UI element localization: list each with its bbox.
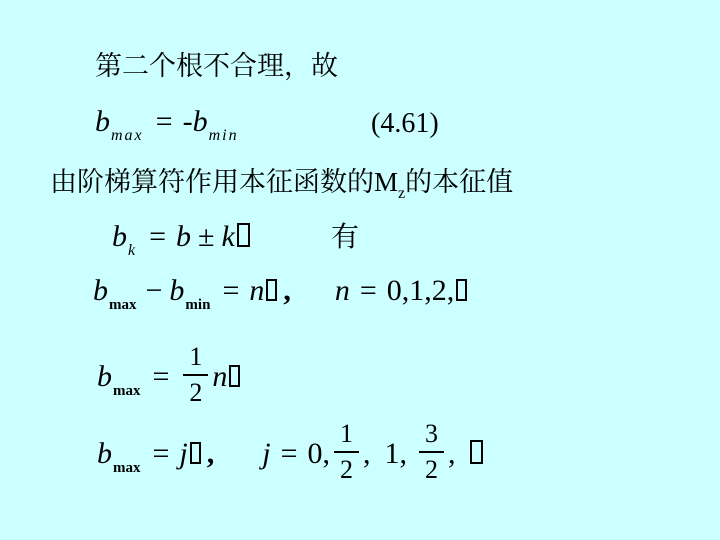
- equation-number-tag: (4.61): [371, 106, 439, 141]
- var-k: k: [222, 220, 235, 253]
- subscript-max: max: [113, 460, 141, 476]
- var-b: b: [112, 220, 127, 253]
- value-list: 0,1,2,: [387, 274, 455, 307]
- comma: ,: [448, 437, 456, 470]
- fraction-numerator: 1: [183, 344, 208, 374]
- minus-sign: -: [183, 105, 193, 138]
- fraction-denominator: 2: [419, 451, 444, 483]
- word-you: 有: [331, 220, 359, 255]
- equation-bmax-j: bmax=j,j=0,12,1,32,: [97, 425, 485, 487]
- missing-glyph-box: [229, 365, 240, 387]
- fraction-numerator: 1: [334, 421, 359, 451]
- minus-sign: −: [146, 274, 163, 307]
- missing-glyph-box: [266, 279, 277, 301]
- equals-sign: =: [149, 220, 166, 253]
- fraction-three-halves: 32: [419, 421, 444, 483]
- equation-bk: bk=b±k: [112, 218, 252, 261]
- fraction-denominator: 2: [183, 374, 208, 406]
- fraction-one-half: 12: [183, 344, 208, 406]
- var-n: n: [249, 274, 264, 307]
- slide: 第二个根不合理，故 bmax=-bmin (4.61) 由阶梯算符作用本征函数的…: [0, 0, 720, 540]
- var-n: n: [212, 360, 227, 393]
- subscript-min: min: [209, 127, 239, 144]
- paragraph-ladder-operator: 由阶梯算符作用本征函数的Mz的本征值: [50, 166, 513, 204]
- fraction-denominator: 2: [334, 451, 359, 483]
- missing-glyph-box: [470, 440, 483, 464]
- equals-sign: =: [281, 437, 298, 470]
- fraction-numerator: 3: [419, 421, 444, 451]
- paragraph-second-root: 第二个根不合理，故: [95, 50, 338, 84]
- comma: ,: [283, 274, 291, 307]
- equation-bmax-minus-bmin: bmax−bmin=n,n=0,1,2,: [93, 272, 469, 315]
- comma: ,: [363, 437, 371, 470]
- paragraph-prefix: 由阶梯算符作用本征函数的: [50, 167, 374, 197]
- fraction-one-half: 12: [334, 421, 359, 483]
- missing-glyph-box: [237, 223, 250, 247]
- equals-sign: =: [156, 105, 173, 138]
- var-b: b: [97, 437, 112, 470]
- paragraph-suffix: 的本征值: [405, 167, 513, 197]
- value-one: 1,: [385, 437, 408, 470]
- var-b: b: [93, 274, 108, 307]
- equals-sign: =: [153, 360, 170, 393]
- var-b: b: [169, 274, 184, 307]
- var-j: j: [179, 437, 187, 470]
- operator-M: M: [374, 167, 398, 197]
- equals-sign: =: [153, 437, 170, 470]
- equation-bmax-half-n: bmax=12n: [97, 348, 242, 410]
- missing-glyph-box: [456, 279, 467, 301]
- var-j: j: [262, 437, 270, 470]
- subscript-max: max: [111, 127, 144, 144]
- var-b: b: [95, 105, 110, 138]
- var-b: b: [97, 360, 112, 393]
- equation-bmax-equals-neg-bmin: bmax=-bmin: [95, 103, 241, 146]
- equals-sign: =: [222, 274, 239, 307]
- missing-glyph-box: [190, 442, 201, 464]
- value-zero: 0,: [308, 437, 331, 470]
- subscript-max: max: [113, 383, 141, 399]
- var-n: n: [335, 274, 350, 307]
- subscript-min: min: [185, 297, 210, 313]
- var-b: b: [176, 220, 191, 253]
- subscript-k: k: [128, 242, 137, 259]
- comma: ,: [207, 437, 215, 470]
- plus-minus-sign: ±: [198, 220, 214, 253]
- subscript-max: max: [109, 297, 137, 313]
- var-b: b: [193, 105, 208, 138]
- equals-sign: =: [360, 274, 377, 307]
